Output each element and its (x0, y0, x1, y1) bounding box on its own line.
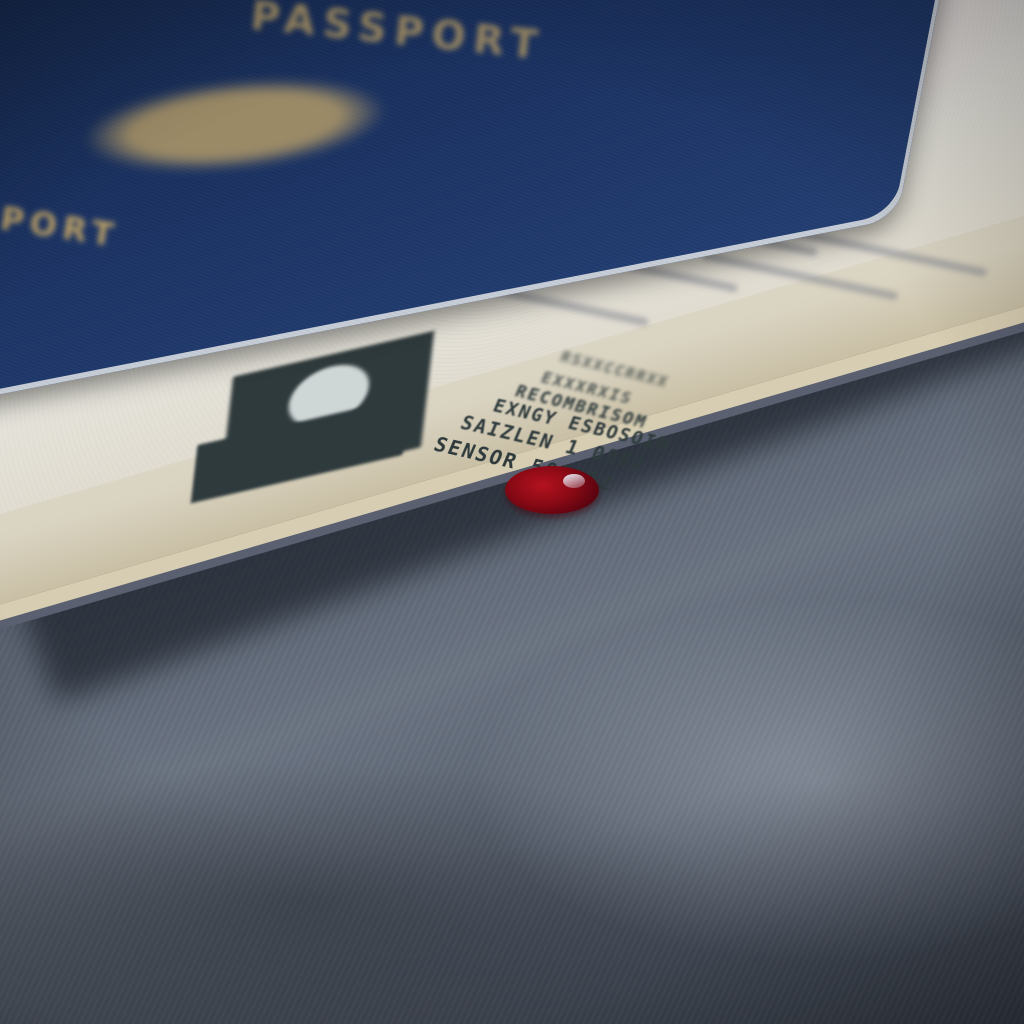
droplet-highlight (563, 474, 585, 488)
red-droplet (505, 466, 599, 514)
